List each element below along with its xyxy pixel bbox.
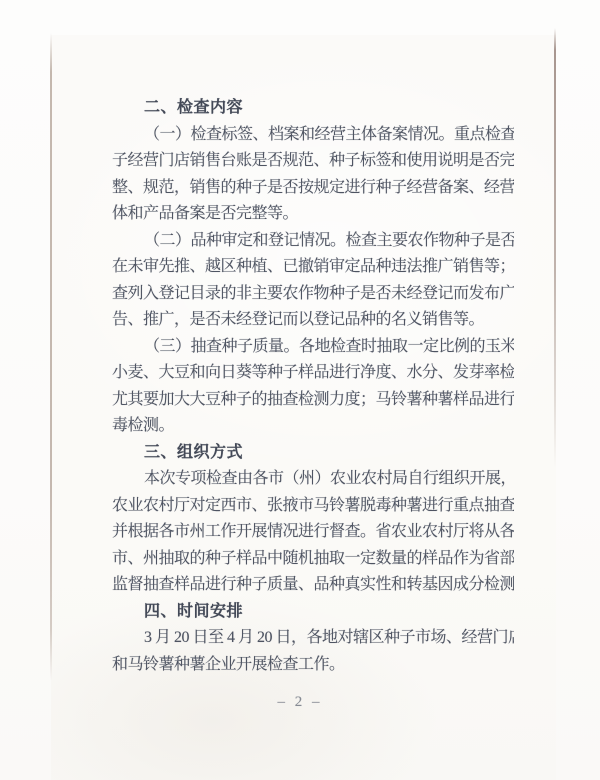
text-line: （三）抽查种子质量。各地检查时抽取一定比例的玉米、 [112, 334, 514, 361]
text-line: 本次专项检查由各市（州）农业农村局自行组织开展，省 [112, 466, 514, 493]
text-line: 尤其要加大大豆种子的抽查检测力度；马铃薯种薯样品进行病 [112, 387, 514, 414]
text-line: 和马铃薯种薯企业开展检查工作。 [112, 652, 514, 679]
text-line: （一）检查标签、档案和经营主体备案情况。重点检查种 [112, 122, 514, 149]
text-line: 在未审先推、越区种植、已撤销审定品种违法推广销售等；检 [112, 254, 514, 281]
text-line: 小麦、大豆和向日葵等种子样品进行净度、水分、发芽率检测， [112, 360, 514, 387]
scan-background: 二、检查内容 （一）检查标签、档案和经营主体备案情况。重点检查种 子经营门店销售… [0, 0, 600, 780]
text-line: （二）品种审定和登记情况。检查主要农作物种子是否存 [112, 228, 514, 255]
text-line: 整、规范，销售的种子是否按规定进行种子经营备案、经营主 [112, 175, 514, 202]
paper-edge-right [554, 28, 556, 468]
page-number: – 2 – [0, 694, 600, 711]
section-heading: 二、检查内容 [112, 95, 514, 122]
text-line: 子经营门店销售台账是否规范、种子标签和使用说明是否完 [112, 148, 514, 175]
section-heading: 四、时间安排 [112, 599, 514, 626]
document-content: 二、检查内容 （一）检查标签、档案和经营主体备案情况。重点检查种 子经营门店销售… [112, 95, 514, 678]
text-line: 告、推广，是否未经登记而以登记品种的名义销售等。 [112, 307, 514, 334]
text-line: 农业农村厅对定西市、张掖市马铃薯脱毒种薯进行重点抽查， [112, 493, 514, 520]
text-line: 监督抽查样品进行种子质量、品种真实性和转基因成分检测。 [112, 572, 514, 599]
text-line: 3 月 20 日至 4 月 20 日，各地对辖区种子市场、经营门店 [112, 625, 514, 652]
text-line: 并根据各市州工作开展情况进行督查。省农业农村厅将从各 [112, 519, 514, 546]
text-line: 查列入登记目录的非主要农作物种子是否未经登记而发布广 [112, 281, 514, 308]
text-line: 市、州抽取的种子样品中随机抽取一定数量的样品作为省部级 [112, 546, 514, 573]
text-line: 毒检测。 [112, 413, 514, 440]
paper-edge-left [50, 33, 52, 681]
text-line: 体和产品备案是否完整等。 [112, 201, 514, 228]
section-heading: 三、组织方式 [112, 440, 514, 467]
